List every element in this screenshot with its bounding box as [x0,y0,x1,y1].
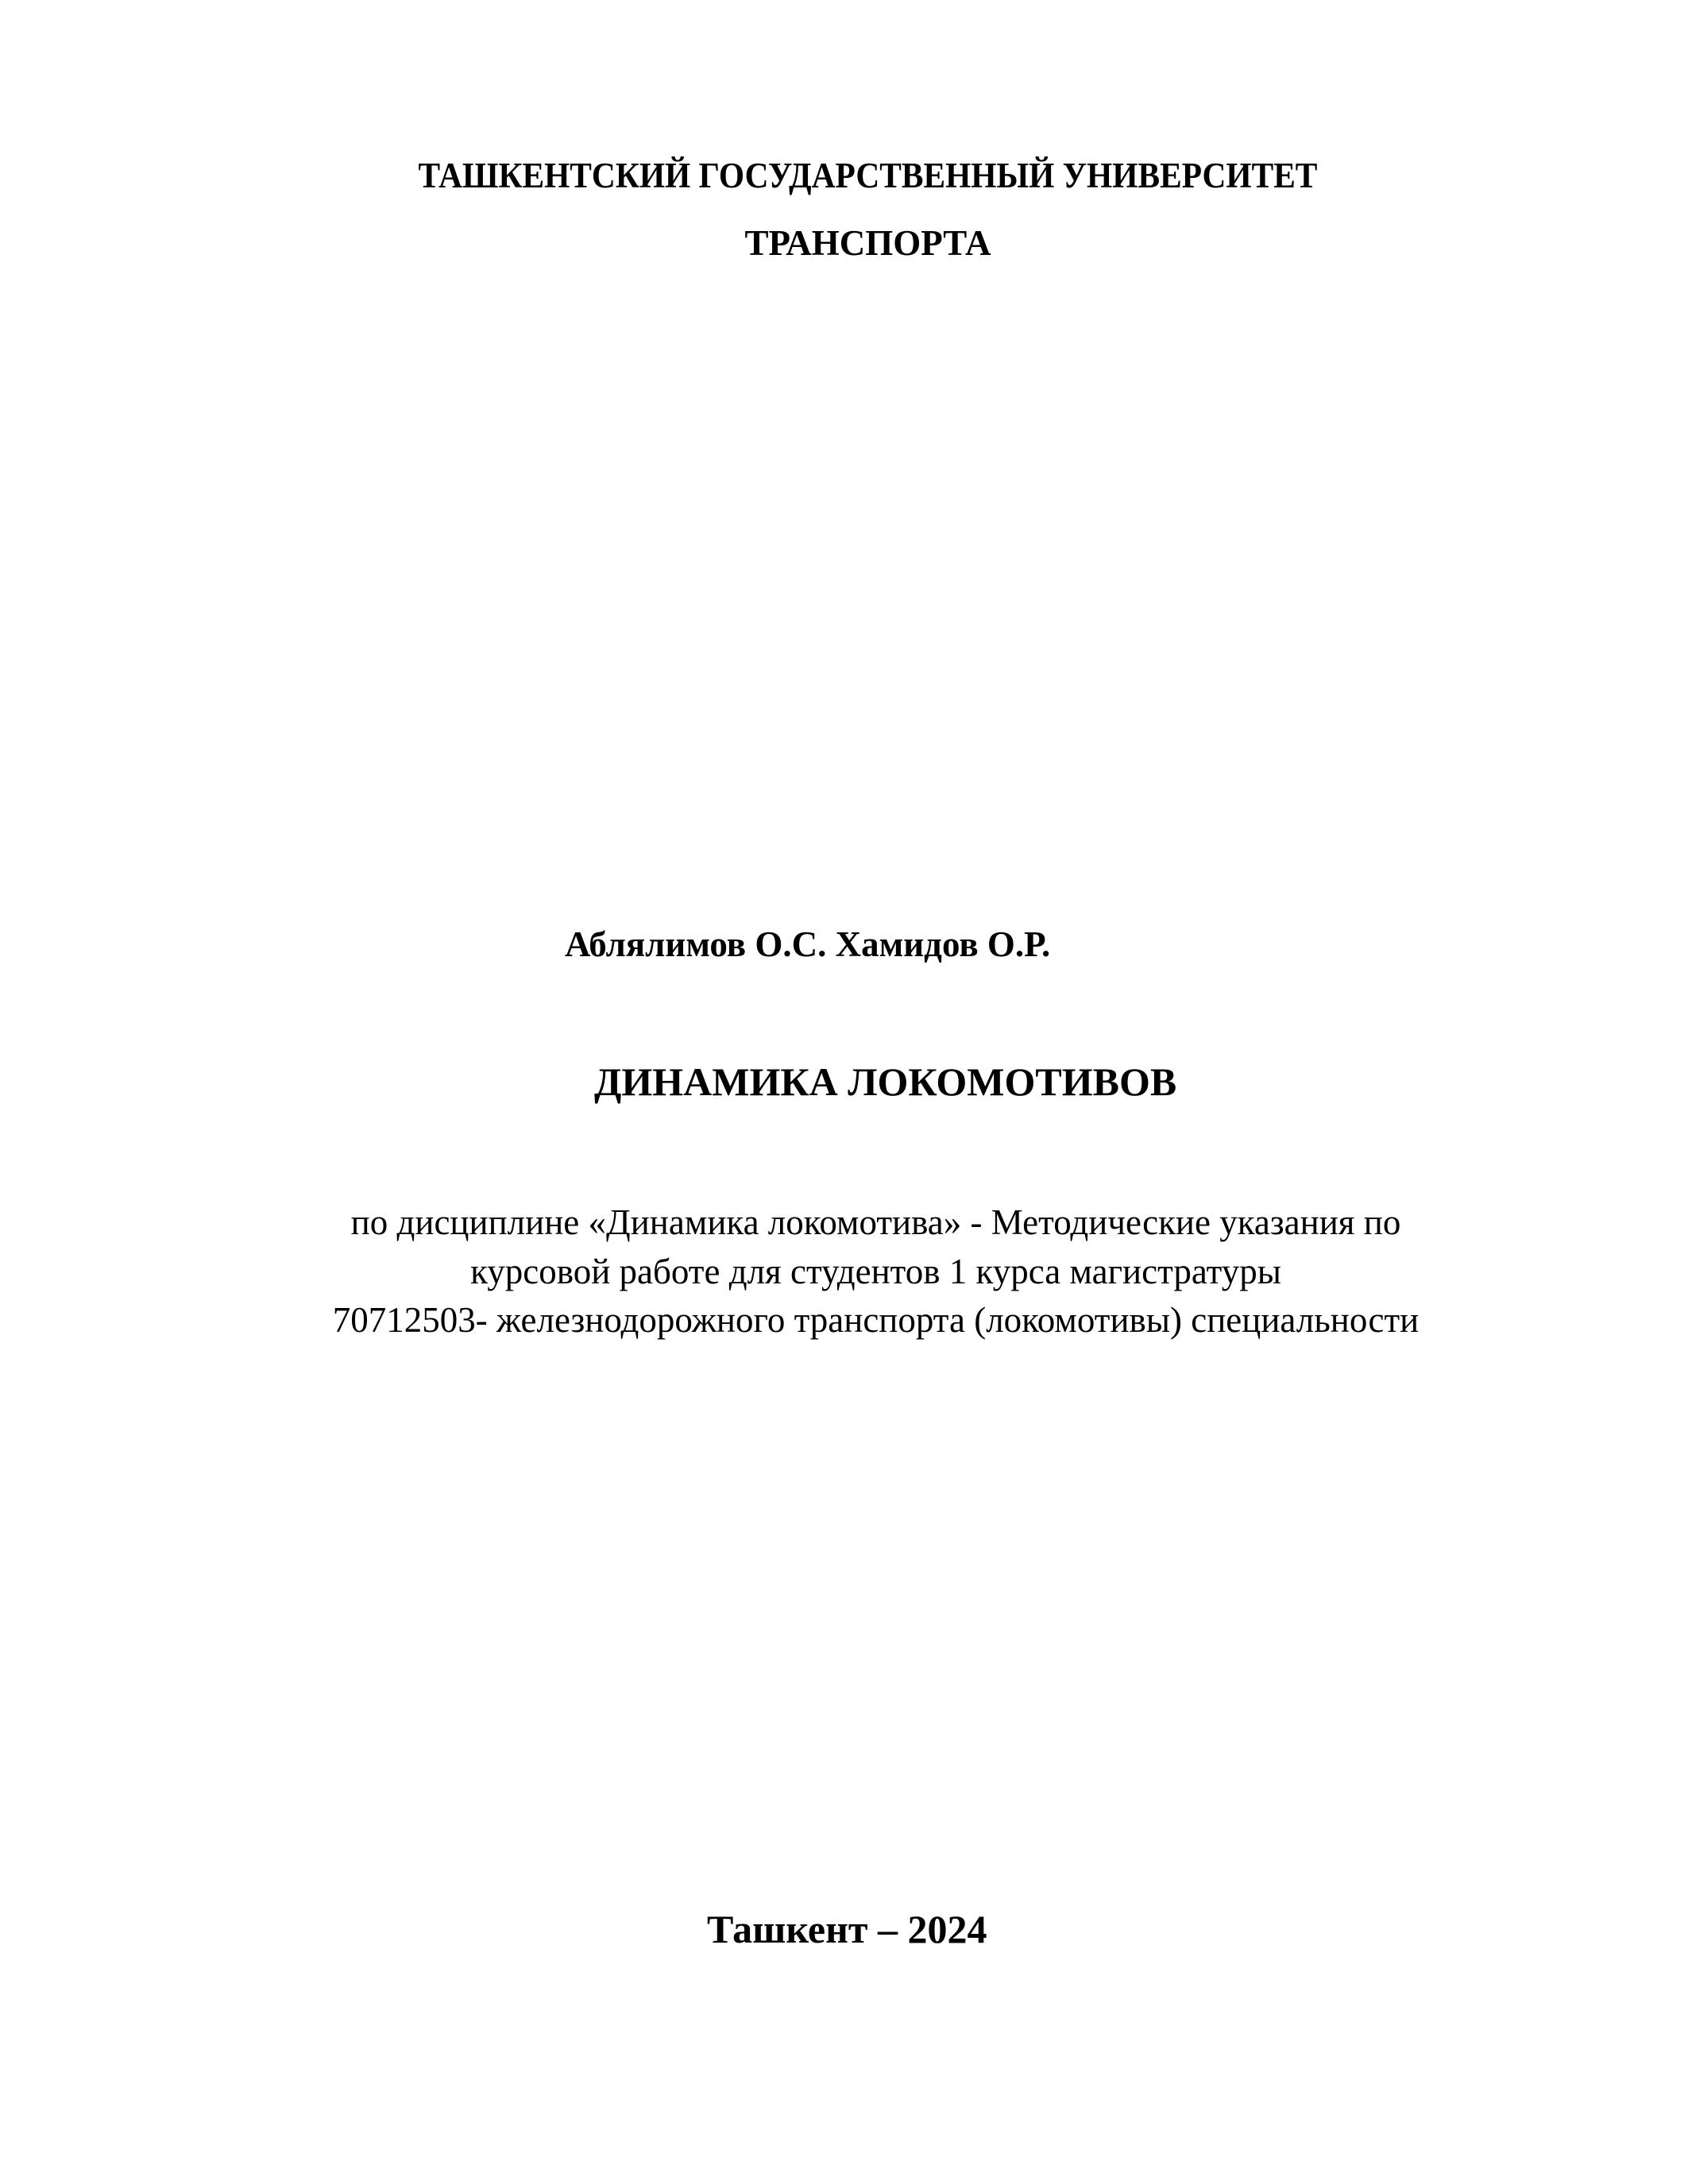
subtitle-line: курсовой работе для студентов 1 курса ма… [32,1251,1688,1292]
city-year: Ташкент – 2024 [0,1906,987,1952]
institution-name-line1: ТАШКЕНТСКИЙ ГОСУДАРСТВЕННЫЙ УНИВЕРСИТЕТ [91,155,1644,196]
authors: Аблялимов О.С. Хамидов О.Р. [0,924,1050,965]
document-title: ДИНАМИКА ЛОКОМОТИВОВ [0,1059,1176,1105]
institution-name-line2: ТРАНСПОРТА [24,222,1688,264]
subtitle-line: по дисциплине «Динамика локомотива» - Ме… [32,1202,1688,1243]
subtitle-line: 70712503- железнодорожного транспорта (л… [32,1299,1688,1341]
